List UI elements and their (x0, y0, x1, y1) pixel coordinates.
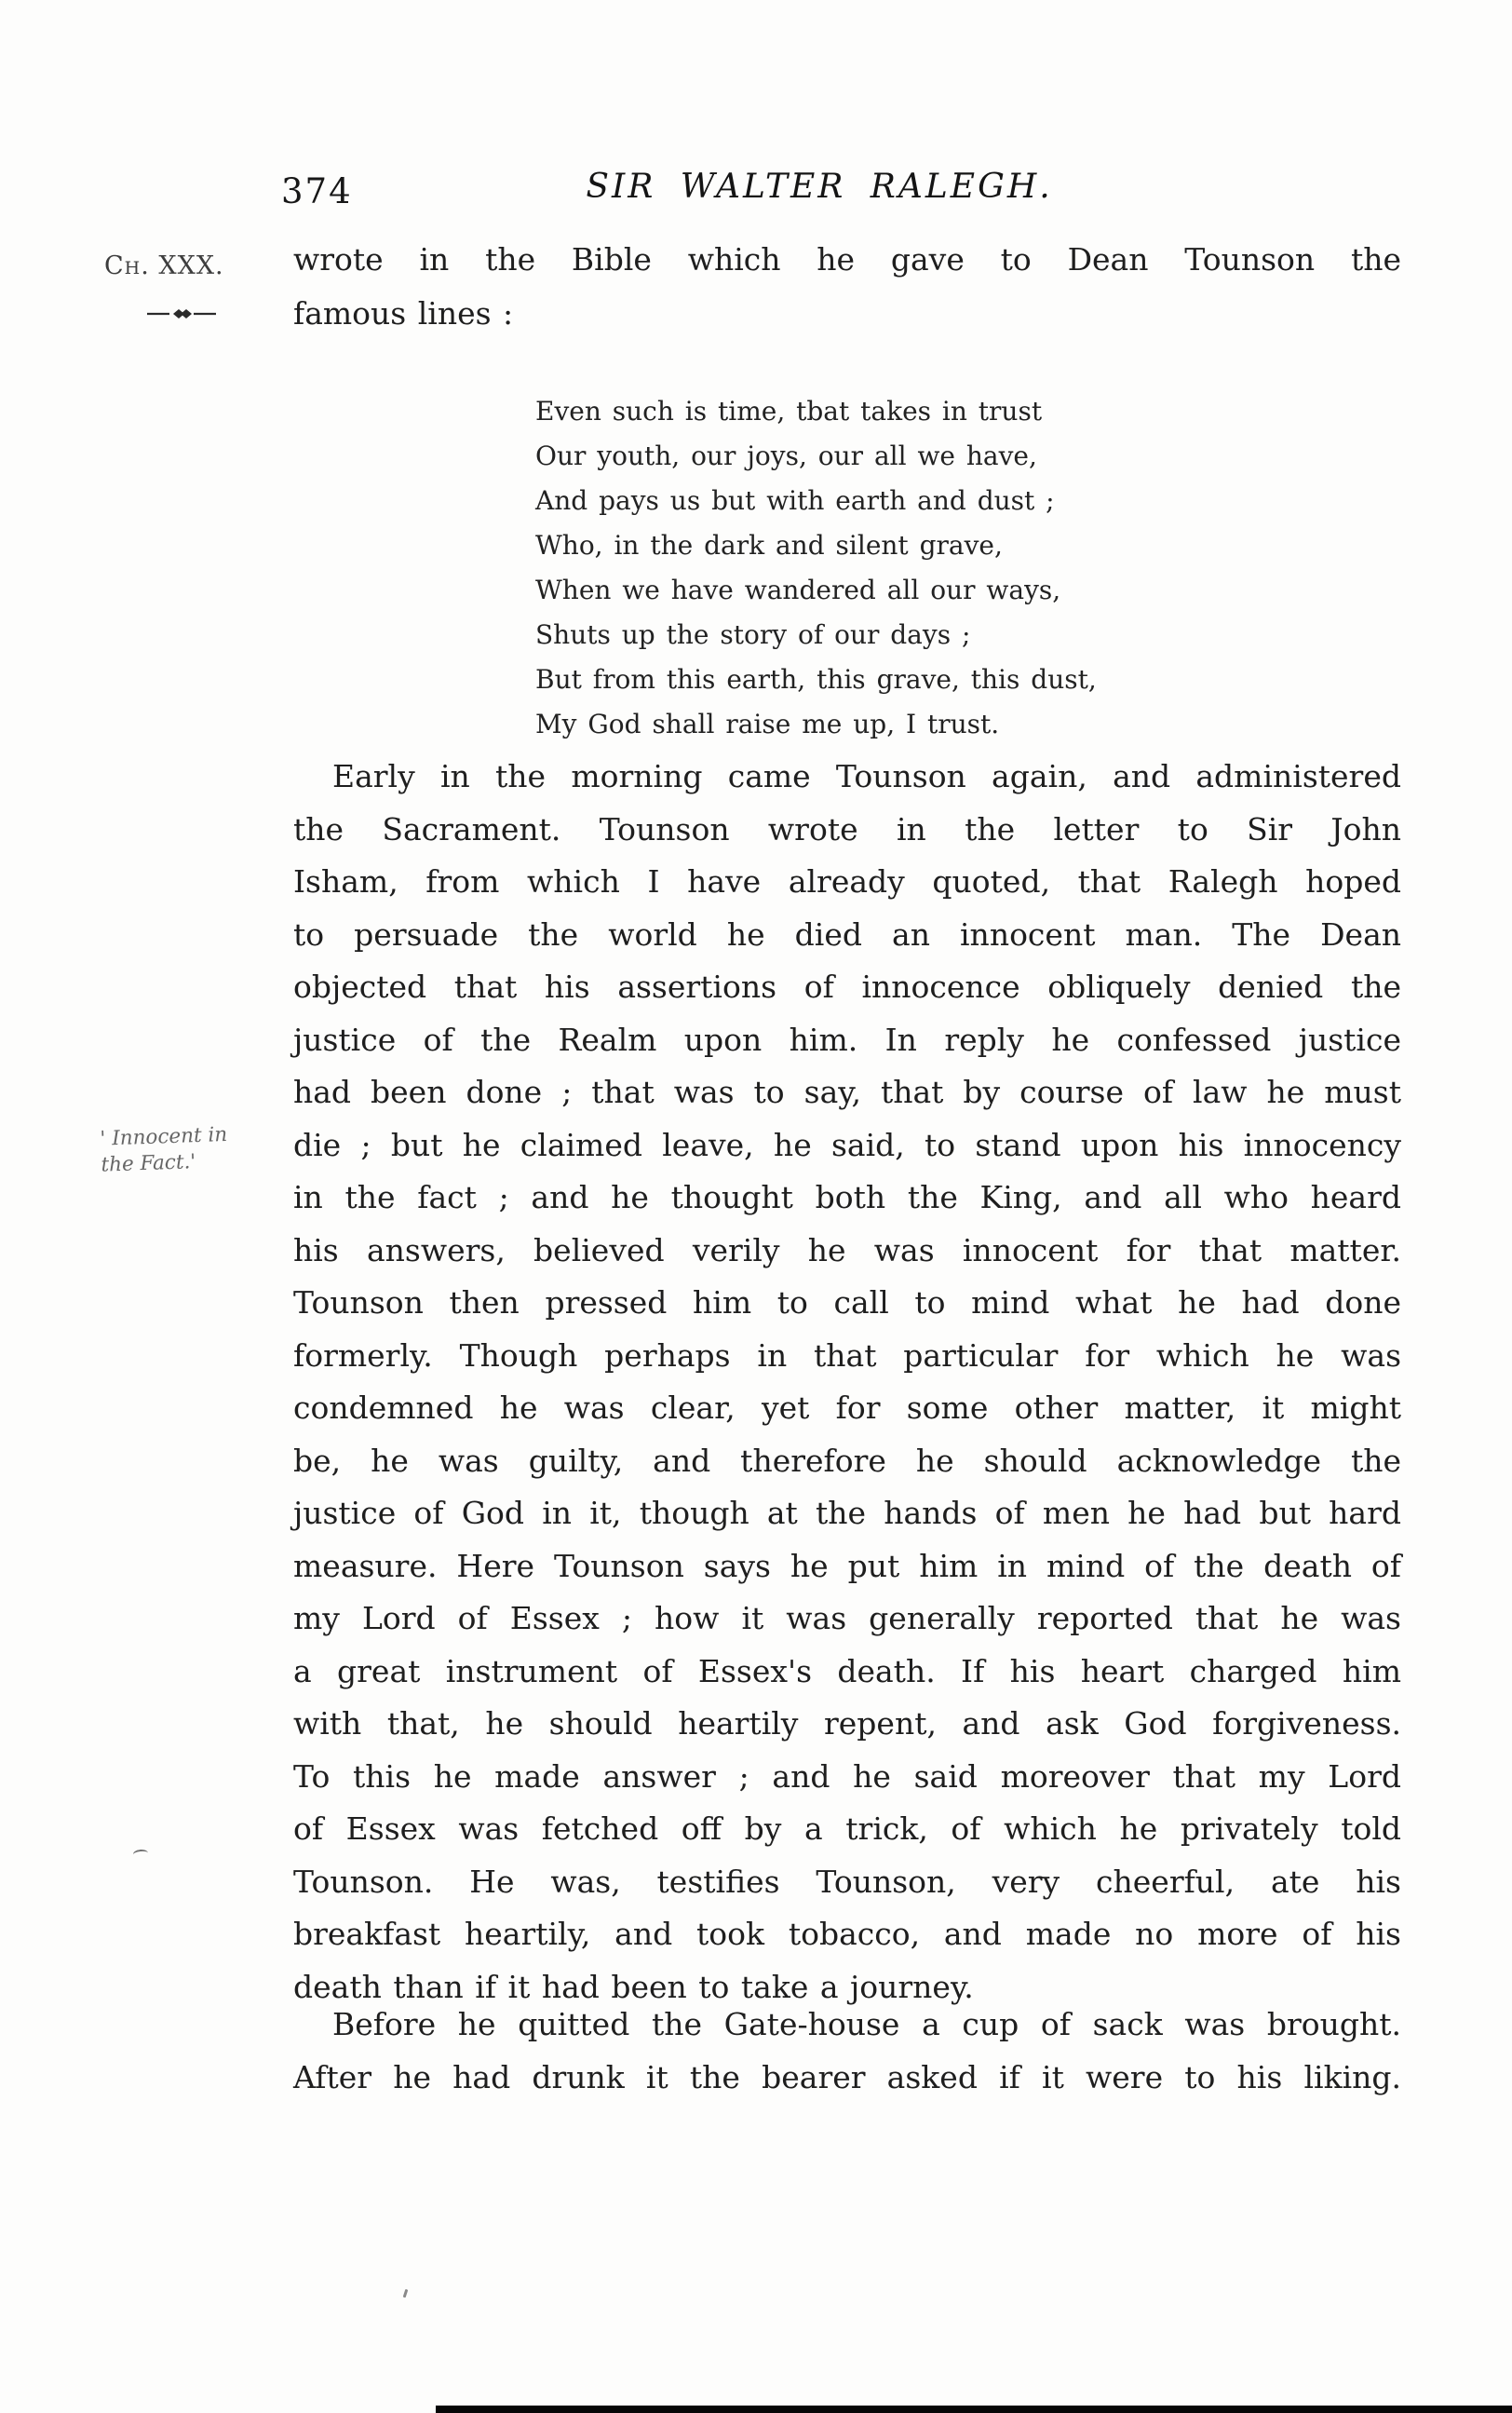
text-line: Tounson then pressed him to call to mind… (293, 1277, 1401, 1330)
margin-note: ' Innocent in the Fact.' (100, 1119, 297, 1178)
book-page: 374 SIR WALTER RALEGH. Ch. XXX. wrote in… (0, 0, 1512, 2413)
text-line: Tounson. He was, testifies Tounson, very… (293, 1856, 1401, 1909)
text-line: Isham, from which I have already quoted,… (293, 856, 1401, 909)
text-line: die ; but he claimed leave, he said, to … (293, 1119, 1401, 1173)
poem-block: Even such is time, tbat takes in trustOu… (535, 389, 1097, 747)
main-paragraph: Early in the morning came Tounson again,… (293, 751, 1401, 2013)
text-line: the Sacrament. Tounson wrote in the lett… (293, 804, 1401, 857)
text-line: my Lord of Essex ; how it was generally … (293, 1593, 1401, 1646)
chapter-label: Ch. XXX. (104, 251, 224, 280)
text-line: be, he was guilty, and therefore he shou… (293, 1435, 1401, 1488)
text-line: wrote in the Bible which he gave to Dean… (293, 233, 1401, 287)
text-line: After he had drunk it the bearer asked i… (293, 2052, 1401, 2105)
poem-line: When we have wandered all our ways, (535, 568, 1097, 613)
text-line: To this he made answer ; and he said mor… (293, 1751, 1401, 1804)
poem-line: Our youth, our joys, our all we have, (535, 434, 1097, 479)
text-line: of Essex was fetched off by a trick, of … (293, 1803, 1401, 1856)
text-line: to persuade the world he died an innocen… (293, 909, 1401, 962)
text-line: his answers, believed verily he was inno… (293, 1225, 1401, 1278)
poem-line: And pays us but with earth and dust ; (535, 479, 1097, 523)
scan-edge (436, 2406, 1512, 2413)
text-line: Before he quitted the Gate-house a cup o… (293, 1999, 1401, 2052)
text-line: Early in the morning came Tounson again,… (293, 751, 1401, 804)
poem-line: But from this earth, this grave, this du… (535, 657, 1097, 702)
chapter-divider-ornament-icon (147, 307, 216, 320)
running-title: SIR WALTER RALEGH. (265, 168, 1373, 206)
poem-line: Shuts up the story of our days ; (535, 613, 1097, 657)
text-line: in the fact ; and he thought both the Ki… (293, 1172, 1401, 1225)
text-line: had been done ; that was to say, that by… (293, 1066, 1401, 1119)
text-line: measure. Here Tounson says he put him in… (293, 1540, 1401, 1593)
closing-paragraph: Before he quitted the Gate-house a cup o… (293, 1999, 1401, 2104)
text-line: famous lines : (293, 287, 1401, 341)
text-line: objected that his assertions of innocenc… (293, 961, 1401, 1014)
poem-line: Even such is time, tbat takes in trust (535, 389, 1097, 434)
text-line: breakfast heartily, and took tobacco, an… (293, 1908, 1401, 1961)
margin-note-line: the Fact.' (101, 1145, 297, 1178)
scan-mark (403, 2289, 408, 2298)
text-line: with that, he should heartily repent, an… (293, 1698, 1401, 1751)
poem-line: Who, in the dark and silent grave, (535, 523, 1097, 568)
text-line: justice of God in it, though at the hand… (293, 1487, 1401, 1540)
text-line: formerly. Though perhaps in that particu… (293, 1330, 1401, 1383)
text-line: justice of the Realm upon him. In reply … (293, 1014, 1401, 1067)
poem-line: My God shall raise me up, I trust. (535, 702, 1097, 747)
scan-mark (133, 1849, 149, 1859)
text-line: condemned he was clear, yet for some oth… (293, 1382, 1401, 1435)
intro-paragraph: wrote in the Bible which he gave to Dean… (293, 233, 1401, 341)
text-line: a great instrument of Essex's death. If … (293, 1646, 1401, 1699)
